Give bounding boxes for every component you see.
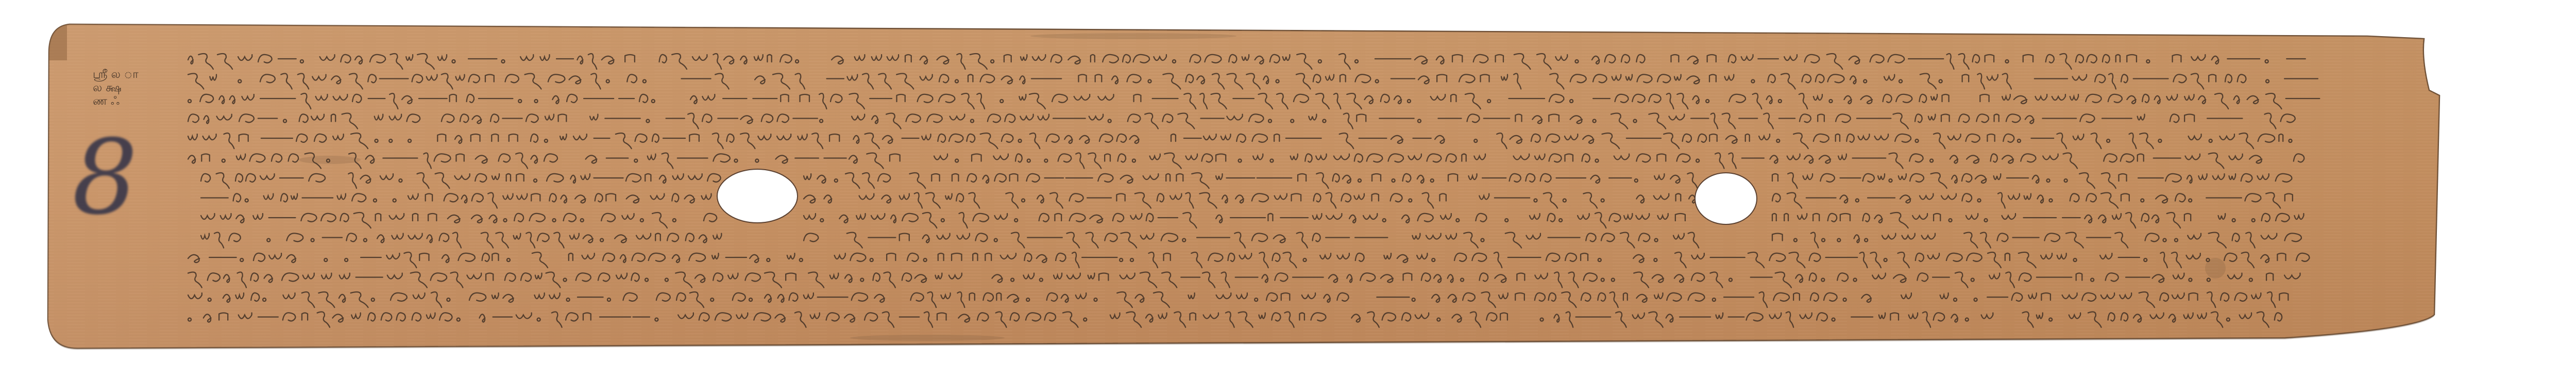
palm-leaf: [0, 0, 2576, 391]
manuscript-scan: ஸ்ரீ ல ா ல க்ஷ ண ஃ 8 8 Handwritten Grant…: [0, 0, 2576, 391]
ink-folio-number: 8: [72, 126, 138, 230]
binding-hole: [717, 169, 798, 223]
margin-annotation: ஸ்ரீ ல ா ல க்ஷ ண ஃ: [93, 68, 139, 108]
binding-hole: [1695, 173, 1757, 224]
